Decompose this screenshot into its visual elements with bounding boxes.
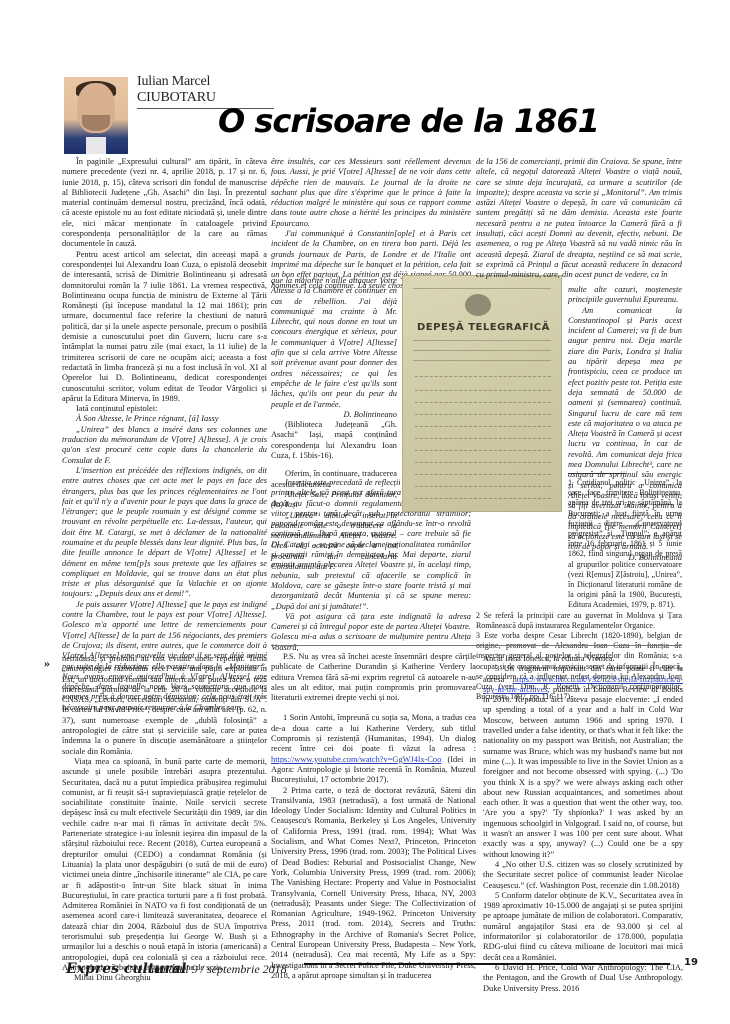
- footnote-divider: [568, 473, 626, 474]
- source-citation: (Biblioteca Județeană „Gh. Asachi” Iași,…: [271, 420, 397, 461]
- paragraph: Ancăi Irina Ionescu, la editura Vremea.: [483, 654, 683, 664]
- letter-paragraph: être insultés, car ces Messieurs sont ré…: [271, 157, 471, 229]
- footnote-2: 2 Prima carte, o teză de doctorat revăzu…: [271, 786, 476, 982]
- paragraph: netradusă, și probabil au fost evitate u…: [62, 654, 267, 757]
- letter-paragraph: L'insertion est précédée des réflexions …: [62, 466, 267, 600]
- bottom-column-2: P.S. Nu aș vrea să închei aceste însemnă…: [271, 652, 476, 981]
- bottom-column-3: Ancăi Irina Ionescu, la editura Vremea. …: [483, 654, 683, 994]
- article-column-1: În paginile „Expresului cultural” am tip…: [62, 157, 267, 713]
- section-divider: [271, 645, 681, 646]
- telegram-heading: DEPEȘĂ TELEGRAFICĂ: [417, 322, 550, 333]
- page-number: 19: [684, 957, 698, 968]
- photo-beard: [82, 115, 110, 131]
- spacer: [271, 461, 397, 469]
- footnote-5: 5 Conform datelor obținute de K.V., Secu…: [483, 891, 683, 963]
- footnote-1: 1 Cotidianul politic „Unirea”, la care f…: [476, 478, 682, 611]
- translation-paragraph: Vă pot asigura că țara este indignată la…: [271, 612, 471, 653]
- photo-shirt: [86, 137, 106, 154]
- continuation-marker: »: [44, 656, 50, 671]
- paragraph: În paginile „Expresului cultural” am tip…: [62, 157, 267, 250]
- paragraph: Iată conținutul epistolei:: [62, 404, 267, 414]
- translation-paragraph: multe alte cazuri, moștenește principiil…: [568, 285, 682, 306]
- letter-paragraph: que la majorité n'aille attaquer Votre A…: [271, 276, 397, 410]
- postscript: P.S. Nu aș vrea să închei aceste însemnă…: [271, 652, 476, 703]
- youtube-link[interactable]: https://www.youtube.com/watch?v=GgWJ4lx-…: [271, 755, 441, 764]
- footer-rule: [304, 963, 670, 965]
- paragraph: Pentru acest articol am selectat, din ac…: [62, 250, 267, 404]
- telegram-document-image: DEPEȘĂ TELEGRAFICĂ: [402, 275, 562, 512]
- footnote-3: 3 Un fragment important din carte poate …: [483, 664, 683, 860]
- translation-paragraph: de la 156 de comercianți, primii din Cra…: [476, 157, 682, 281]
- bottom-column-1: netradusă, și probabil au fost evitate u…: [62, 654, 267, 984]
- letter-signature: D. Bolintineano: [271, 410, 397, 420]
- coat-of-arms-icon: [465, 294, 491, 316]
- footnote-6: 6 David H. Price, Cold War Anthropology:…: [483, 963, 683, 994]
- paragraph: Viața mea ca spioană, în bună parte cart…: [62, 757, 267, 973]
- article-column-2-top: être insultés, car ces Messieurs sont ré…: [271, 157, 471, 291]
- spacer: [271, 703, 476, 713]
- author-photo: [64, 77, 128, 154]
- footnote-4: 4 „No other U.S. citizen was so closely …: [483, 860, 683, 891]
- issue-info: numărul 9 / septembrie 2018: [148, 962, 287, 977]
- letter-paragraph: „Unirea” des blancs a inséré dans ses co…: [62, 425, 267, 466]
- footnote-1: 1 Sorin Antohi, împreună cu soția sa, Mo…: [271, 713, 476, 785]
- article-title: O scrisoare de la 1861: [218, 102, 599, 140]
- footnote-2: 2 Se referă la principii care au guverna…: [476, 611, 682, 631]
- article-column-3-top: de la 156 de comercianți, primii din Cra…: [476, 157, 682, 281]
- letter-address: À Son Altesse, le Prince régnant, [á] Ia…: [62, 414, 267, 424]
